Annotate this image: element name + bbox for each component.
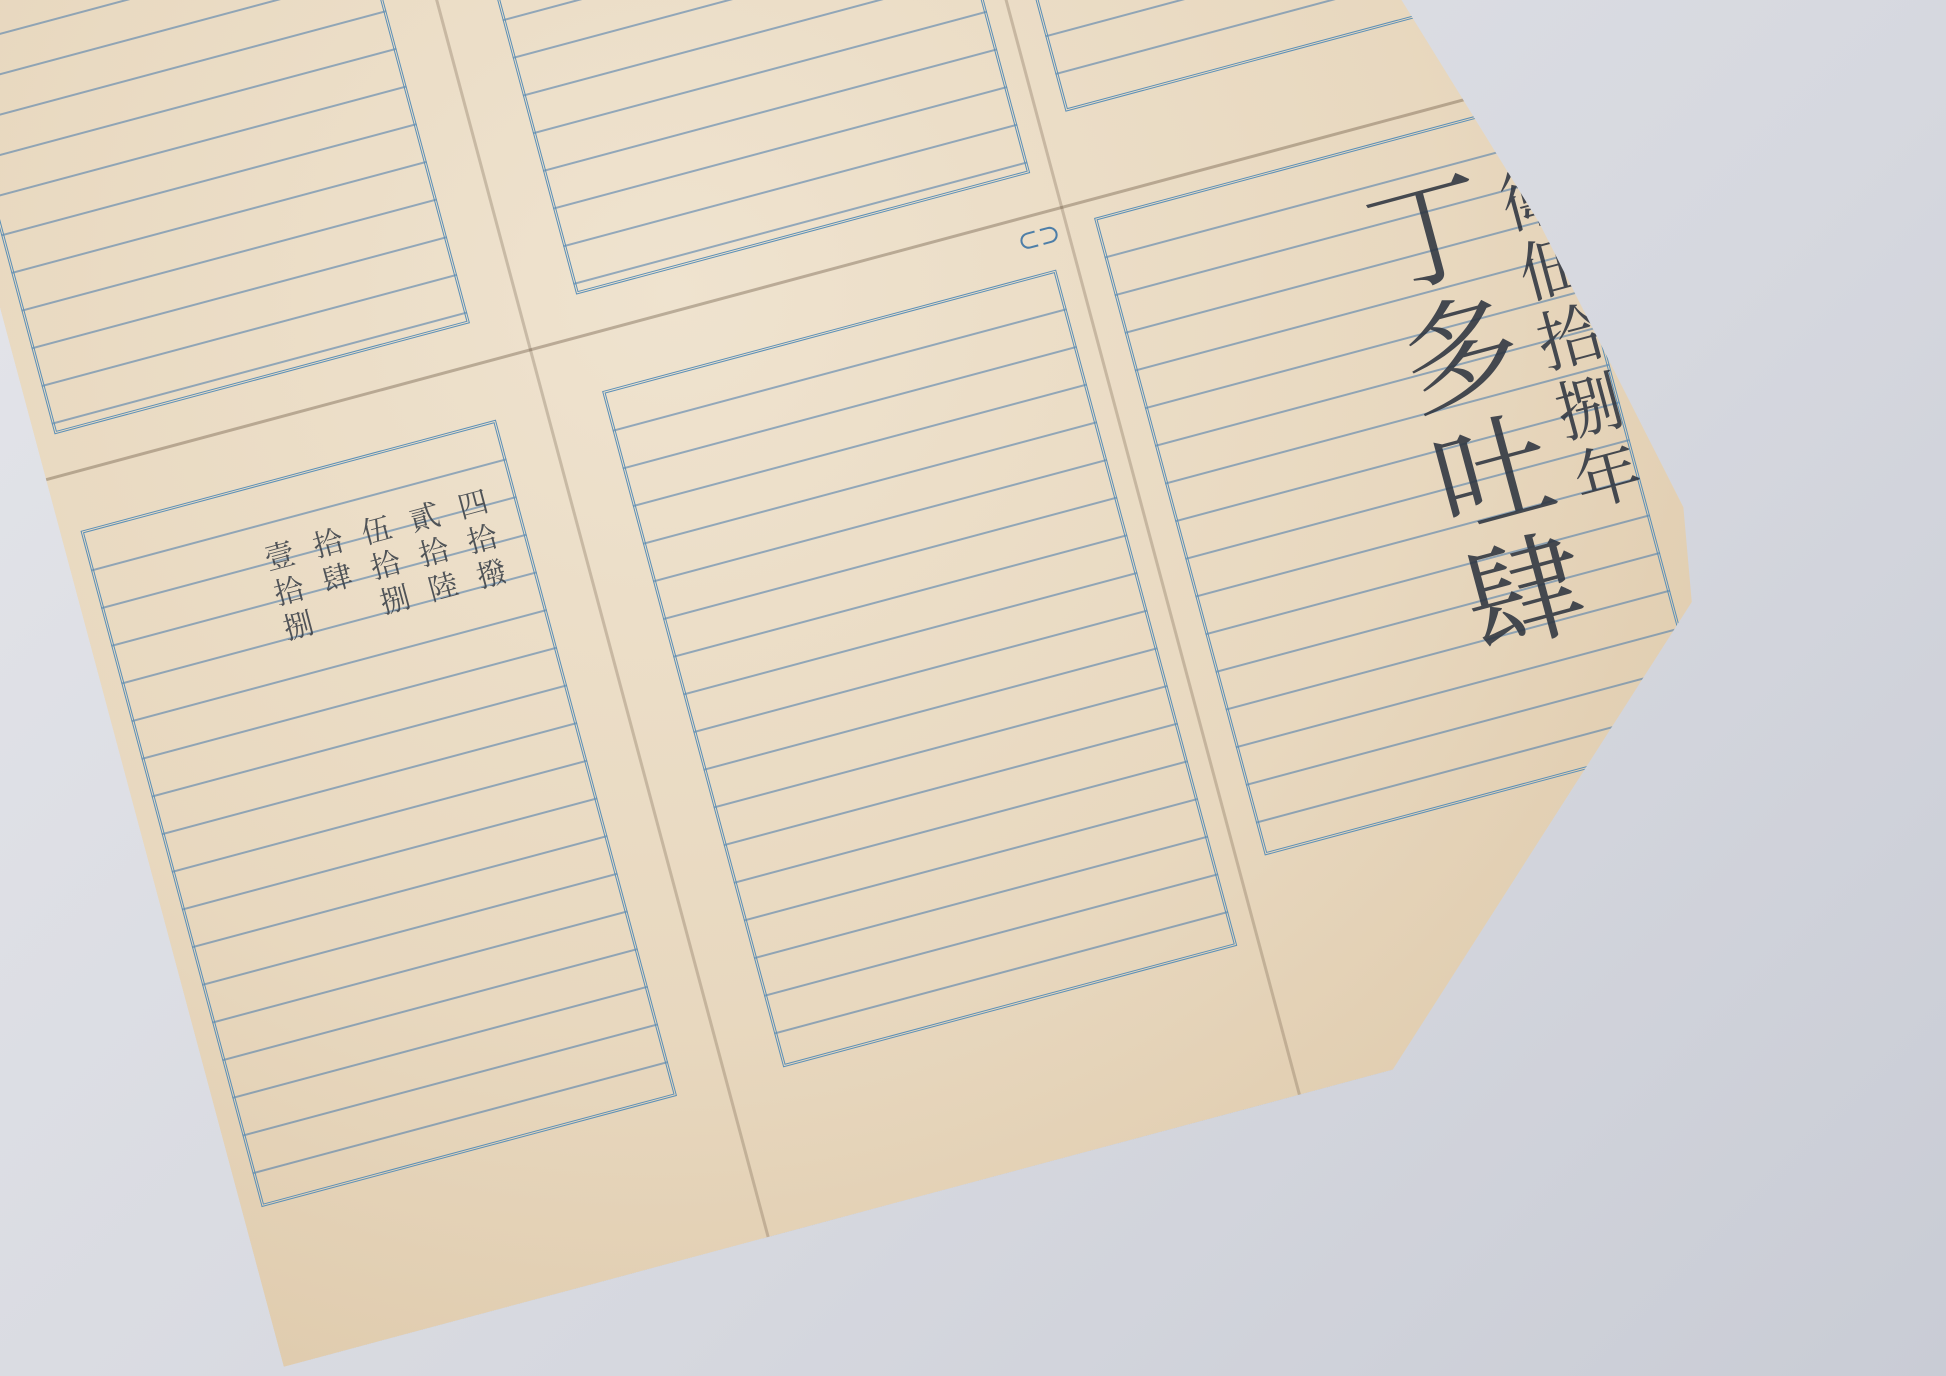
small-mark: ⊂⊃ [1014,218,1064,258]
ruled-cell-top-middle [442,0,1031,295]
ruled-cell-top-left [0,0,470,434]
